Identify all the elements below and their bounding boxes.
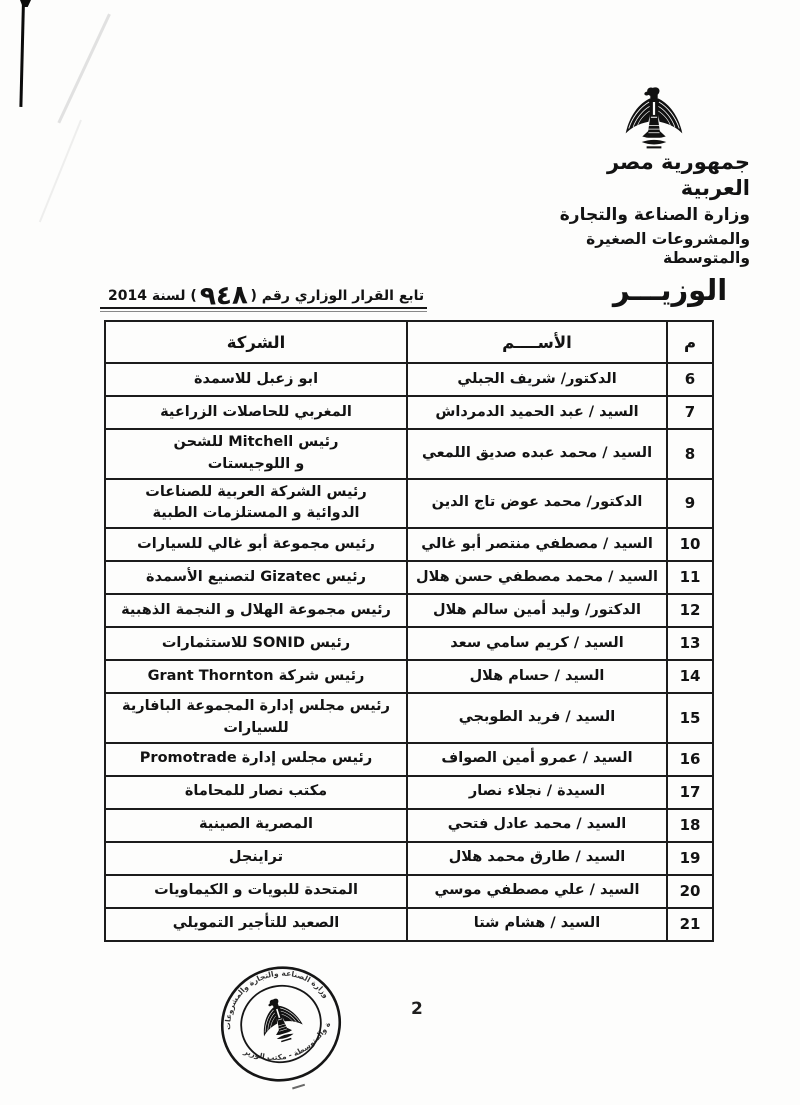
cell-company-name: رئيس مجلس إدارة المجموعة البافارية للسيا… — [105, 693, 407, 743]
cell-person-name: السيد / حسام هلال — [407, 660, 667, 693]
cell-company-name: رئيس Gizatec لتصنيع الأسمدة — [105, 561, 407, 594]
egyptian-eagle-emblem-icon — [622, 82, 686, 154]
cell-company-name: رئيس مجلس إدارة Promotrade — [105, 743, 407, 776]
cell-person-name: الدكتور/ وليد أمين سالم هلال — [407, 594, 667, 627]
table-row: 19 السيد / طارق محمد هلال تراينجل — [105, 842, 713, 875]
letterhead-ministry-line1: وزارة الصناعة والتجارة — [535, 205, 750, 226]
table-row: 6 الدكتور/ شريف الجبلي ابو زعبل للاسمدة — [105, 363, 713, 396]
cell-row-number: 14 — [667, 660, 713, 693]
letterhead-country: جمهورية مصر العربية — [535, 149, 750, 202]
cell-row-number: 8 — [667, 429, 713, 479]
table-header-row: م الأســــم الشركة — [105, 321, 713, 363]
document-page: جمهورية مصر العربية وزارة الصناعة والتجا… — [0, 0, 800, 1105]
official-seal-stamp-icon: وزارة الصناعة والتجارة والمشروعات الصغير… — [205, 958, 357, 1100]
table-row: 8 السيد / محمد عبده صديق اللمعي رئيس Mit… — [105, 429, 713, 479]
cell-person-name: السيد / طارق محمد هلال — [407, 842, 667, 875]
cell-company-name: ابو زعبل للاسمدة — [105, 363, 407, 396]
cell-row-number: 20 — [667, 875, 713, 908]
table-row: 15 السيد / فريد الطوبجي رئيس مجلس إدارة … — [105, 693, 713, 743]
cell-person-name: السيد / فريد الطوبجي — [407, 693, 667, 743]
scan-artifact-line — [19, 0, 25, 107]
cell-company-name: تراينجل — [105, 842, 407, 875]
decree-title-suffix: ) لسنة 2014 — [108, 288, 197, 304]
col-header-company: الشركة — [105, 321, 407, 363]
letterhead-office-title: الوزيـــر — [535, 272, 750, 308]
cell-company-name: رئيس الشركة العربية للصناعات الدوائية و … — [105, 479, 407, 529]
table-row: 20 السيد / علي مصطفي موسي المتحدة للبويا… — [105, 875, 713, 908]
cell-person-name: السيد / كريم سامي سعد — [407, 627, 667, 660]
cell-person-name: الدكتور/ محمد عوض تاج الدين — [407, 479, 667, 529]
cell-person-name: السيد / علي مصطفي موسي — [407, 875, 667, 908]
table-row: 7 السيد / عبد الحميد الدمرداش المغربي لل… — [105, 396, 713, 429]
cell-row-number: 6 — [667, 363, 713, 396]
cell-row-number: 12 — [667, 594, 713, 627]
decree-table: م الأســــم الشركة 6 الدكتور/ شريف الجبل… — [104, 320, 714, 942]
cell-person-name: السيد / محمد عادل فتحي — [407, 809, 667, 842]
table-row: 9 الدكتور/ محمد عوض تاج الدين رئيس الشرك… — [105, 479, 713, 529]
cell-row-number: 15 — [667, 693, 713, 743]
table-row: 14 السيد / حسام هلال رئيس شركة Grant Tho… — [105, 660, 713, 693]
decree-number-handwritten: ٩٤٨ — [197, 289, 251, 303]
table-row: 17 السيدة / نجلاء نصار مكتب نصار للمحاما… — [105, 776, 713, 809]
decree-title: تابع القرار الوزاري رقم (٩٤٨) لسنة 2014 — [100, 288, 427, 309]
cell-company-name: رئيس SONID للاستثمارات — [105, 627, 407, 660]
table-row: 12 الدكتور/ وليد أمين سالم هلال رئيس مجم… — [105, 594, 713, 627]
cell-company-name: مكتب نصار للمحاماة — [105, 776, 407, 809]
cell-person-name: السيدة / نجلاء نصار — [407, 776, 667, 809]
cell-row-number: 18 — [667, 809, 713, 842]
cell-row-number: 16 — [667, 743, 713, 776]
scan-artifact-smudge — [39, 120, 82, 223]
letterhead: جمهورية مصر العربية وزارة الصناعة والتجا… — [535, 149, 750, 308]
cell-company-name: رئيس مجموعة الهلال و النجمة الذهبية — [105, 594, 407, 627]
table-row: 10 السيد / مصطفي منتصر أبو غالي رئيس مجم… — [105, 528, 713, 561]
cell-person-name: السيد / محمد مصطفي حسن هلال — [407, 561, 667, 594]
cell-person-name: الدكتور/ شريف الجبلي — [407, 363, 667, 396]
decree-title-prefix: تابع القرار الوزاري رقم ( — [250, 288, 424, 304]
cell-company-name: الصعيد للتأجير التمويلي — [105, 908, 407, 941]
page-number: 2 — [411, 999, 423, 1019]
table-row: 16 السيد / عمرو أمين الصواف رئيس مجلس إد… — [105, 743, 713, 776]
cell-row-number: 17 — [667, 776, 713, 809]
cell-company-name: رئيس مجموعة أبو غالي للسيارات — [105, 528, 407, 561]
table-row: 11 السيد / محمد مصطفي حسن هلال رئيس Giza… — [105, 561, 713, 594]
cell-person-name: السيد / عمرو أمين الصواف — [407, 743, 667, 776]
cell-person-name: السيد / مصطفي منتصر أبو غالي — [407, 528, 667, 561]
cell-row-number: 11 — [667, 561, 713, 594]
cell-row-number: 19 — [667, 842, 713, 875]
cell-company-name: المغربي للحاصلات الزراعية — [105, 396, 407, 429]
table-row: 18 السيد / محمد عادل فتحي المصرية الصيني… — [105, 809, 713, 842]
cell-company-name: المصرية الصينية — [105, 809, 407, 842]
cell-company-name: المتحدة للبويات و الكيماويات — [105, 875, 407, 908]
cell-company-name: رئيس شركة Grant Thornton — [105, 660, 407, 693]
cell-row-number: 13 — [667, 627, 713, 660]
col-header-name: الأســــم — [407, 321, 667, 363]
cell-row-number: 7 — [667, 396, 713, 429]
col-header-number: م — [667, 321, 713, 363]
table-row: 13 السيد / كريم سامي سعد رئيس SONID للاس… — [105, 627, 713, 660]
cell-person-name: السيد / عبد الحميد الدمرداش — [407, 396, 667, 429]
cell-person-name: السيد / محمد عبده صديق اللمعي — [407, 429, 667, 479]
cell-company-name: رئيس Mitchell للشحن و اللوجيستات — [105, 429, 407, 479]
table-body: 6 الدكتور/ شريف الجبلي ابو زعبل للاسمدة … — [105, 363, 713, 941]
cell-person-name: السيد / هشام شتا — [407, 908, 667, 941]
table-row: 21 السيد / هشام شتا الصعيد للتأجير التمو… — [105, 908, 713, 941]
cell-row-number: 10 — [667, 528, 713, 561]
scan-artifact-smudge — [57, 13, 110, 123]
letterhead-ministry-line2: والمشروعات الصغيرة والمتوسطة — [535, 230, 750, 269]
cell-row-number: 21 — [667, 908, 713, 941]
cell-row-number: 9 — [667, 479, 713, 529]
